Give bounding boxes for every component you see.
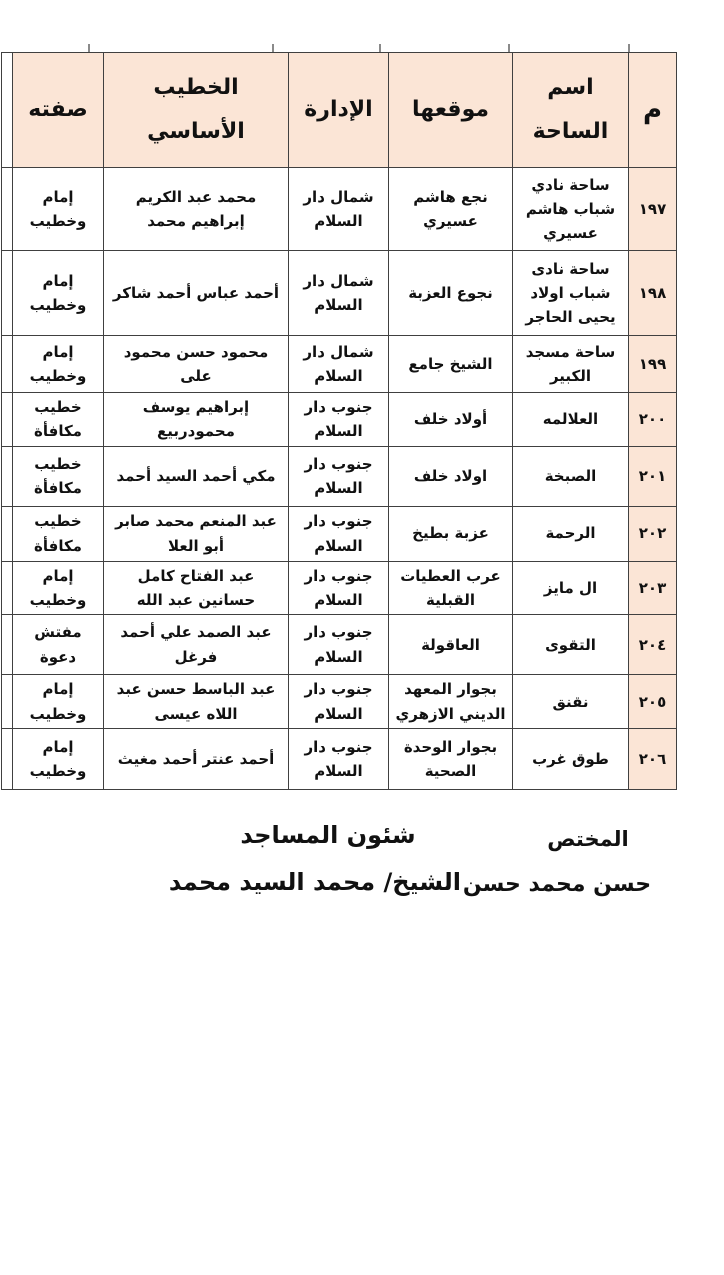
cell-location: عرب العطيات القبلية [389, 561, 513, 615]
cell-administration: جنوب دار السلام [289, 393, 389, 447]
cell-location: العاقولة [389, 615, 513, 675]
cell-main-preacher: محمد عبد الكريم إبراهيم محمد [104, 168, 289, 251]
cell-location: اولاد خلف [389, 446, 513, 506]
cell-administration: شمال دار السلام [289, 336, 389, 393]
header-location: موقعها [389, 53, 513, 168]
cell-administration: جنوب دار السلام [289, 561, 389, 615]
cut-table-remnant [379, 44, 381, 52]
cell-main-preacher: مكي أحمد السيد أحمد [104, 446, 289, 506]
cell-title: إمام وخطيب [13, 168, 104, 251]
header-number: م [629, 53, 677, 168]
cutoff-cell [2, 446, 13, 506]
cell-number: ٢٠١ [629, 446, 677, 506]
cell-title: مفتش دعوة [13, 615, 104, 675]
cell-main-preacher: عبد الفتاح كامل حسانين عبد الله [104, 561, 289, 615]
cell-administration: جنوب دار السلام [289, 506, 389, 561]
cell-location: نجع هاشم عسيري [389, 168, 513, 251]
mosque-preachers-table: م اسم الساحة موقعها الإدارة الخطيب الأسا… [1, 52, 677, 790]
table-row: ٢٠٥ نقنق بجوار المعهد الديني الازهري جنو… [2, 675, 677, 729]
cell-main-preacher: إبراهيم يوسف محمودربيع [104, 393, 289, 447]
cell-title: خطيب مكافأة [13, 446, 104, 506]
cut-table-remnant [628, 44, 630, 52]
cell-number: ١٩٧ [629, 168, 677, 251]
table-row: ٢٠٤ التقوى العاقولة جنوب دار السلام عبد … [2, 615, 677, 675]
cutoff-cell [2, 168, 13, 251]
cell-arena-name: نقنق [513, 675, 629, 729]
cell-administration: جنوب دار السلام [289, 675, 389, 729]
cell-main-preacher: أحمد عباس أحمد شاكر [104, 251, 289, 336]
cell-main-preacher: عبد الباسط حسن عبد اللاه عيسى [104, 675, 289, 729]
cell-arena-name: التقوى [513, 615, 629, 675]
cell-main-preacher: محمود حسن محمود على [104, 336, 289, 393]
cut-table-remnant [508, 44, 510, 52]
cell-title: إمام وخطيب [13, 561, 104, 615]
cutoff-cell [2, 336, 13, 393]
header-main-preacher: الخطيب الأساسي [104, 53, 289, 168]
cell-main-preacher: عبد الصمد علي أحمد فرغل [104, 615, 289, 675]
cell-administration: جنوب دار السلام [289, 446, 389, 506]
cell-number: ٢٠٢ [629, 506, 677, 561]
table-row: ٢٠٦ طوق غرب بجوار الوحدة الصحية جنوب دار… [2, 729, 677, 790]
cut-table-remnant [88, 44, 90, 52]
table-row: ٢٠٣ ال مايز عرب العطيات القبلية جنوب دار… [2, 561, 677, 615]
cell-administration: شمال دار السلام [289, 168, 389, 251]
table-header-row: م اسم الساحة موقعها الإدارة الخطيب الأسا… [2, 53, 677, 168]
cell-arena-name: الصبخة [513, 446, 629, 506]
cell-title: إمام وخطيب [13, 675, 104, 729]
cell-arena-name: ساحة نادى شباب اولاد يحيى الحاجر [513, 251, 629, 336]
cell-arena-name: ساحة نادي شباب هاشم عسيري [513, 168, 629, 251]
specialist-label: المختص [523, 827, 653, 851]
cell-location: الشيخ جامع [389, 336, 513, 393]
cell-title: خطيب مكافأة [13, 393, 104, 447]
cell-arena-name: ال مايز [513, 561, 629, 615]
cutoff-cell [2, 675, 13, 729]
cell-number: ٢٠٤ [629, 615, 677, 675]
cell-title: إمام وخطيب [13, 336, 104, 393]
cell-number: ١٩٩ [629, 336, 677, 393]
table-row: ١٩٩ ساحة مسجد الكبير الشيخ جامع شمال دار… [2, 336, 677, 393]
cell-location: بجوار المعهد الديني الازهري [389, 675, 513, 729]
cell-arena-name: طوق غرب [513, 729, 629, 790]
cutoff-cell [2, 729, 13, 790]
specialist-name: حسن محمد حسن [457, 872, 657, 897]
cut-table-remnant [272, 44, 274, 52]
cell-arena-name: ساحة مسجد الكبير [513, 336, 629, 393]
mosque-affairs-label: شئون المساجد [213, 821, 443, 849]
cutoff-column-header [2, 53, 13, 168]
table-row: ١٩٧ ساحة نادي شباب هاشم عسيري نجع هاشم ع… [2, 168, 677, 251]
cell-number: ٢٠٣ [629, 561, 677, 615]
table-row: ٢٠٢ الرحمة عزبة بطيخ جنوب دار السلام عبد… [2, 506, 677, 561]
cell-main-preacher: أحمد عنتر أحمد مغيث [104, 729, 289, 790]
cutoff-cell [2, 251, 13, 336]
header-administration: الإدارة [289, 53, 389, 168]
cell-number: ١٩٨ [629, 251, 677, 336]
header-title: صفته [13, 53, 104, 168]
table-row: ٢٠١ الصبخة اولاد خلف جنوب دار السلام مكي… [2, 446, 677, 506]
cutoff-cell [2, 393, 13, 447]
cell-administration: جنوب دار السلام [289, 729, 389, 790]
cell-title: إمام وخطيب [13, 729, 104, 790]
cell-location: أولاد خلف [389, 393, 513, 447]
cell-administration: جنوب دار السلام [289, 615, 389, 675]
mosque-affairs-sheikh: الشيخ/ محمد السيد محمد [193, 868, 461, 896]
header-arena-name: اسم الساحة [513, 53, 629, 168]
cell-number: ٢٠٥ [629, 675, 677, 729]
cell-location: عزبة بطيخ [389, 506, 513, 561]
cell-arena-name: الرحمة [513, 506, 629, 561]
cell-location: بجوار الوحدة الصحية [389, 729, 513, 790]
cutoff-cell [2, 615, 13, 675]
cell-arena-name: العلالمه [513, 393, 629, 447]
table-row: ٢٠٠ العلالمه أولاد خلف جنوب دار السلام إ… [2, 393, 677, 447]
cell-location: نجوع العزبة [389, 251, 513, 336]
cutoff-cell [2, 506, 13, 561]
cell-title: خطيب مكافأة [13, 506, 104, 561]
table-row: ١٩٨ ساحة نادى شباب اولاد يحيى الحاجر نجو… [2, 251, 677, 336]
cutoff-cell [2, 561, 13, 615]
cell-title: إمام وخطيب [13, 251, 104, 336]
cell-number: ٢٠٠ [629, 393, 677, 447]
cell-administration: شمال دار السلام [289, 251, 389, 336]
cell-main-preacher: عبد المنعم محمد صابر أبو العلا [104, 506, 289, 561]
cell-number: ٢٠٦ [629, 729, 677, 790]
